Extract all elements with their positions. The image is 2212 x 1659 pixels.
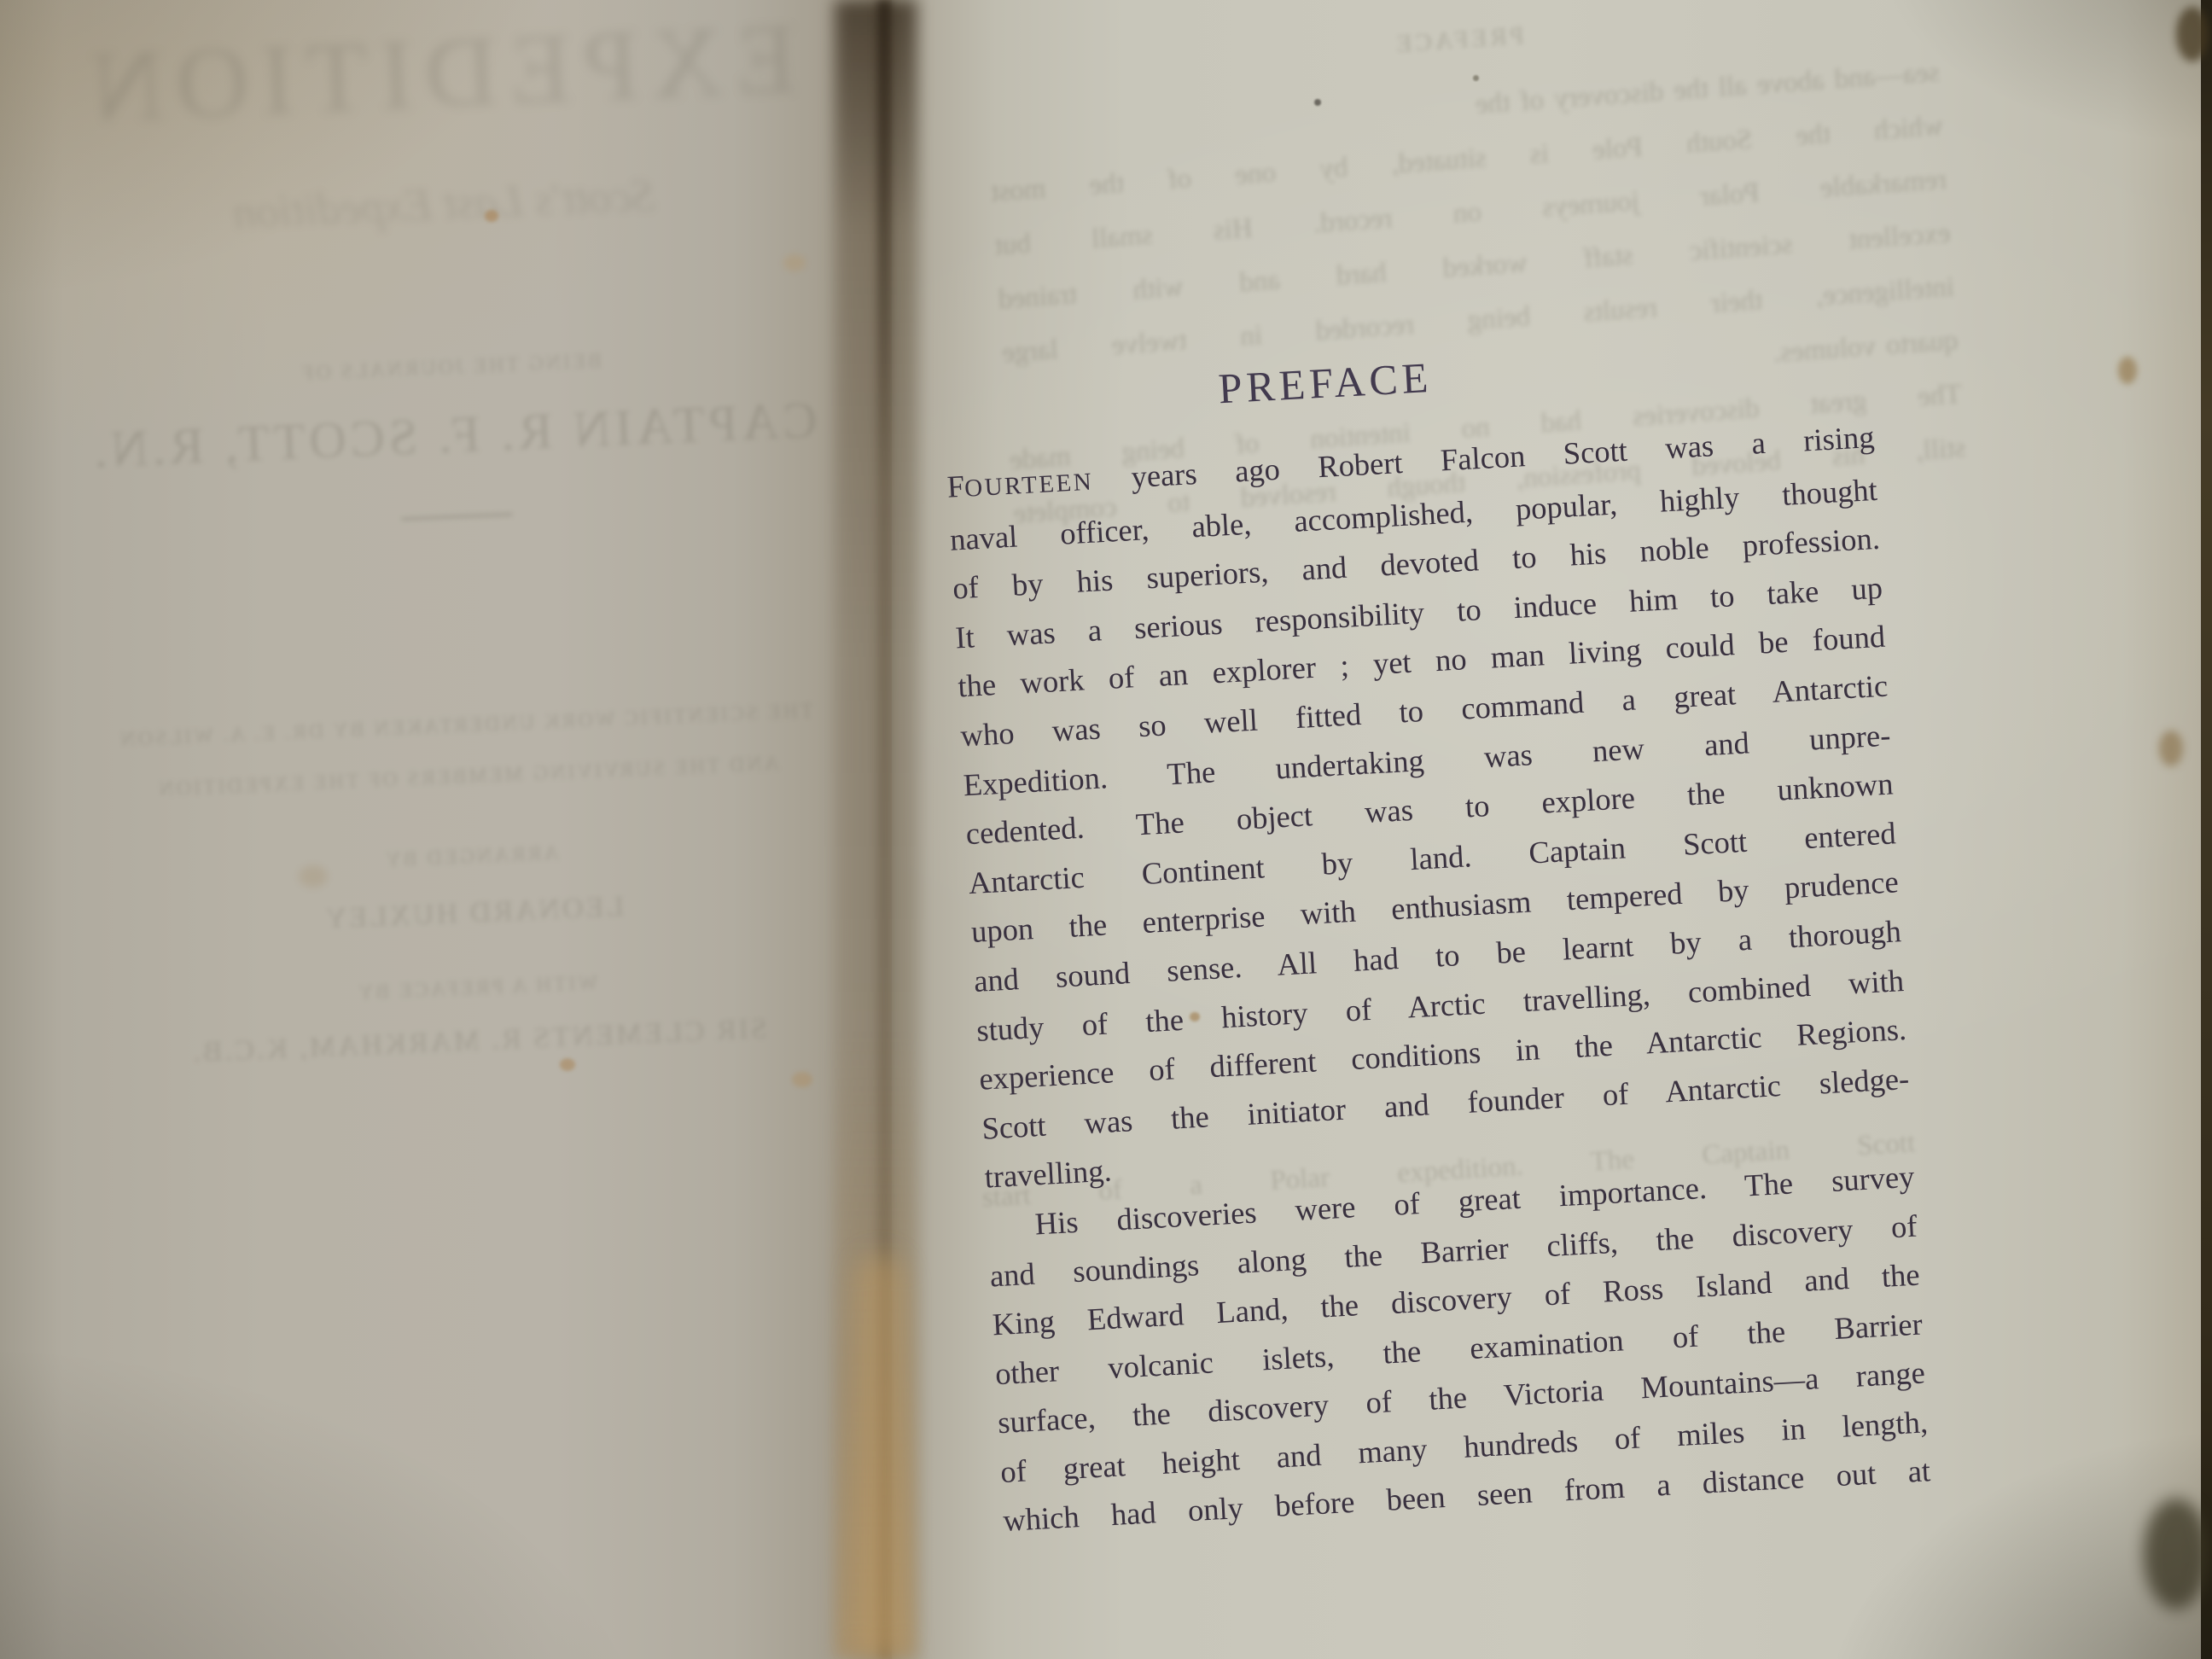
showthrough-line: WITH A PREFACE BY [88, 961, 864, 1016]
page-fore-edge [2201, 0, 2212, 1659]
lead-smallcaps: OURTEEN [963, 469, 1094, 503]
preface-text: PREFACE FOURTEEN years ago Robert Falcon… [941, 329, 1931, 1545]
left-page: EXPEDITION Scott's Last Expedition BEING… [0, 0, 892, 1659]
showthrough-line: CAPTAIN R. F. SCOTT, R.N. [64, 390, 842, 481]
showthrough-line: AND THE SURVIVING MEMBERS OF THE EXPEDIT… [79, 749, 856, 805]
showthrough-title-page: EXPEDITION Scott's Last Expedition BEING… [47, 0, 876, 1295]
gutter-stain [855, 1254, 905, 1659]
showthrough-line: THE SCIENTIFIC WORK UNDERTAKEN BY DR. E.… [77, 698, 853, 754]
showthrough-line: BEING THE JOURNALS OF [62, 341, 839, 396]
showthrough-line: ARRANGED BY [83, 829, 859, 885]
open-book-photo: EXPEDITION Scott's Last Expedition BEING… [0, 0, 2212, 1659]
showthrough-line: EXPEDITION [48, 0, 829, 148]
paragraph-1: FOURTEEN years ago Robert Falcon Scott w… [946, 412, 1912, 1202]
showthrough-line: SIR CLEMENTS R. MARKHAM, K.C.B. [90, 1009, 868, 1074]
paragraph-2: His discoveries were of great importance… [986, 1152, 1931, 1545]
showthrough-line: LEONARD HUXLEY [84, 881, 862, 946]
showthrough-rule [401, 513, 512, 521]
lead-initial: F [946, 469, 966, 504]
showthrough-line: Scott's Last Expedition [55, 161, 833, 247]
